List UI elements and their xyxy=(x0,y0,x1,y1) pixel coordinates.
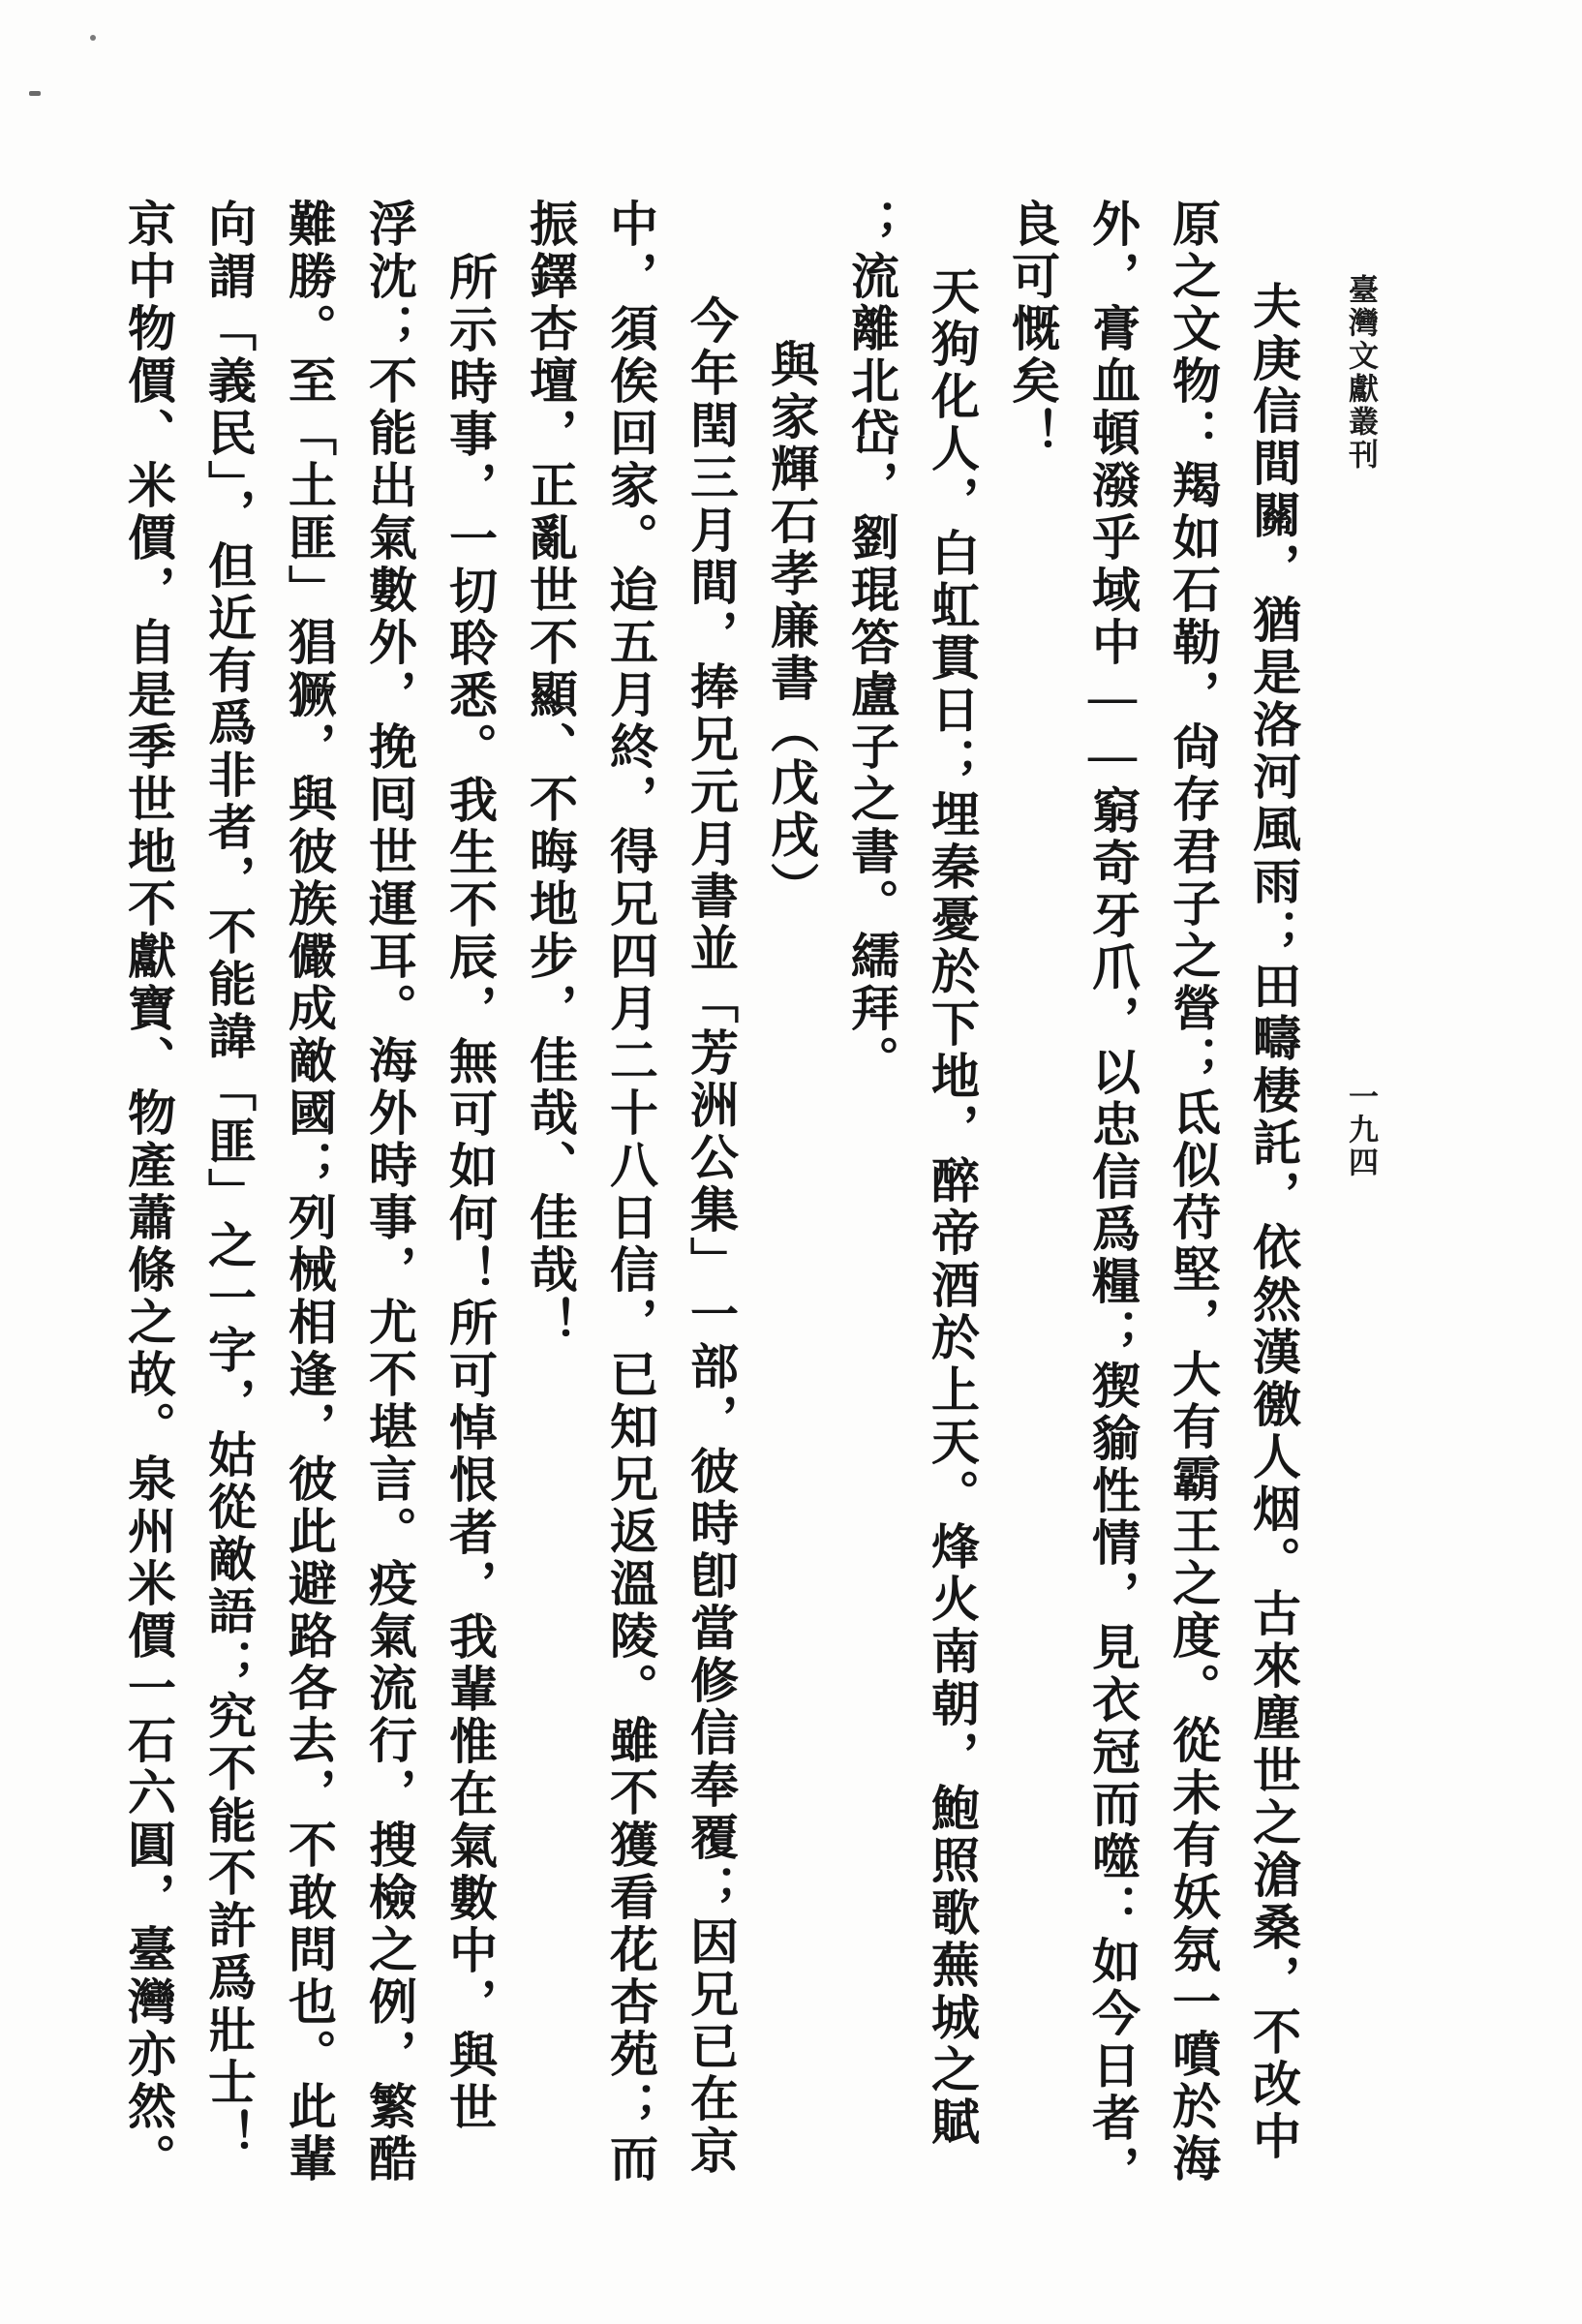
scan-artifact xyxy=(29,91,41,96)
text-column: 原之文物：羯如石勒，尙存君子之營；氐似苻堅，大有霸王之度。從未有妖氛一噴於海 xyxy=(1152,199,1232,2217)
text-column: ；流離北岱，劉琨答盧子之書。繻拜。 xyxy=(831,199,911,2217)
scan-artifact xyxy=(90,35,96,41)
page-number: 一九四 xyxy=(1338,1081,1383,1179)
series-title: 臺灣文獻叢刊 xyxy=(1338,274,1383,472)
text-column: 中，須俟回家。迨五月終，得兄四月二十八日信，已知兄返溫陵。雖不獲看花杏苑；而 xyxy=(590,199,670,2217)
text-column: 京中物價、米價，自是季世地不獻寶、物產蕭條之故。泉州米價一石六圓，臺灣亦然。 xyxy=(107,199,188,2217)
text-column: 振鐸杏壇，正亂世不顯、不晦地步，佳哉、佳哉！ xyxy=(509,199,590,2217)
letter-title: 與家輝石孝廉書（戊戌） xyxy=(750,199,831,2217)
text-column: 外，膏血頓潑乎域中——窮奇牙爪，以忠信爲糧；猰貐性情，見衣冠而噬：如今日者， xyxy=(1072,199,1152,2217)
scanned-book-page: 臺灣文獻叢刊 一九四 夫庚信間關，猶是洛河風雨；田疇棲託，依然漢徼人烟。古來塵世… xyxy=(0,0,1582,2324)
text-column: 向謂「義民」，但近有爲非者，不能諱「匪」之一字，姑從敵語；究不能不許爲壯士！ xyxy=(188,199,268,2217)
text-column: 浮沈；不能出氣數外，挽囘世運耳。海外時事，尤不堪言。疫氣流行，搜檢之例，繁酷 xyxy=(349,199,429,2217)
letter-text-block: 夫庚信間關，猶是洛河風雨；田疇棲託，依然漢徼人烟。古來塵世之滄桑，不改中 原之文… xyxy=(107,199,1313,2217)
text-column: 所示時事，一切聆悉。我生不辰，無可如何！所可悼恨者，我輩惟在氣數中，與世 xyxy=(429,199,509,2217)
text-column: 天狗化人，白虹貫日；埋秦憂於下地，醉帝酒於上天。烽火南朝，鮑照歌蕪城之賦 xyxy=(911,199,991,2217)
text-column: 難勝。至「土匪」猖獗，與彼族儼成敵國；列械相逢，彼此避路各去，不敢問也。此輩 xyxy=(268,199,349,2217)
text-column: 今年閏三月間，捧兄元月書並「芳洲公集」一部，彼時卽當修信奉覆；因兄已在京 xyxy=(670,199,750,2217)
text-column: 夫庚信間關，猶是洛河風雨；田疇棲託，依然漢徼人烟。古來塵世之滄桑，不改中 xyxy=(1232,199,1313,2217)
text-column: 良可慨矣！ xyxy=(991,199,1072,2217)
